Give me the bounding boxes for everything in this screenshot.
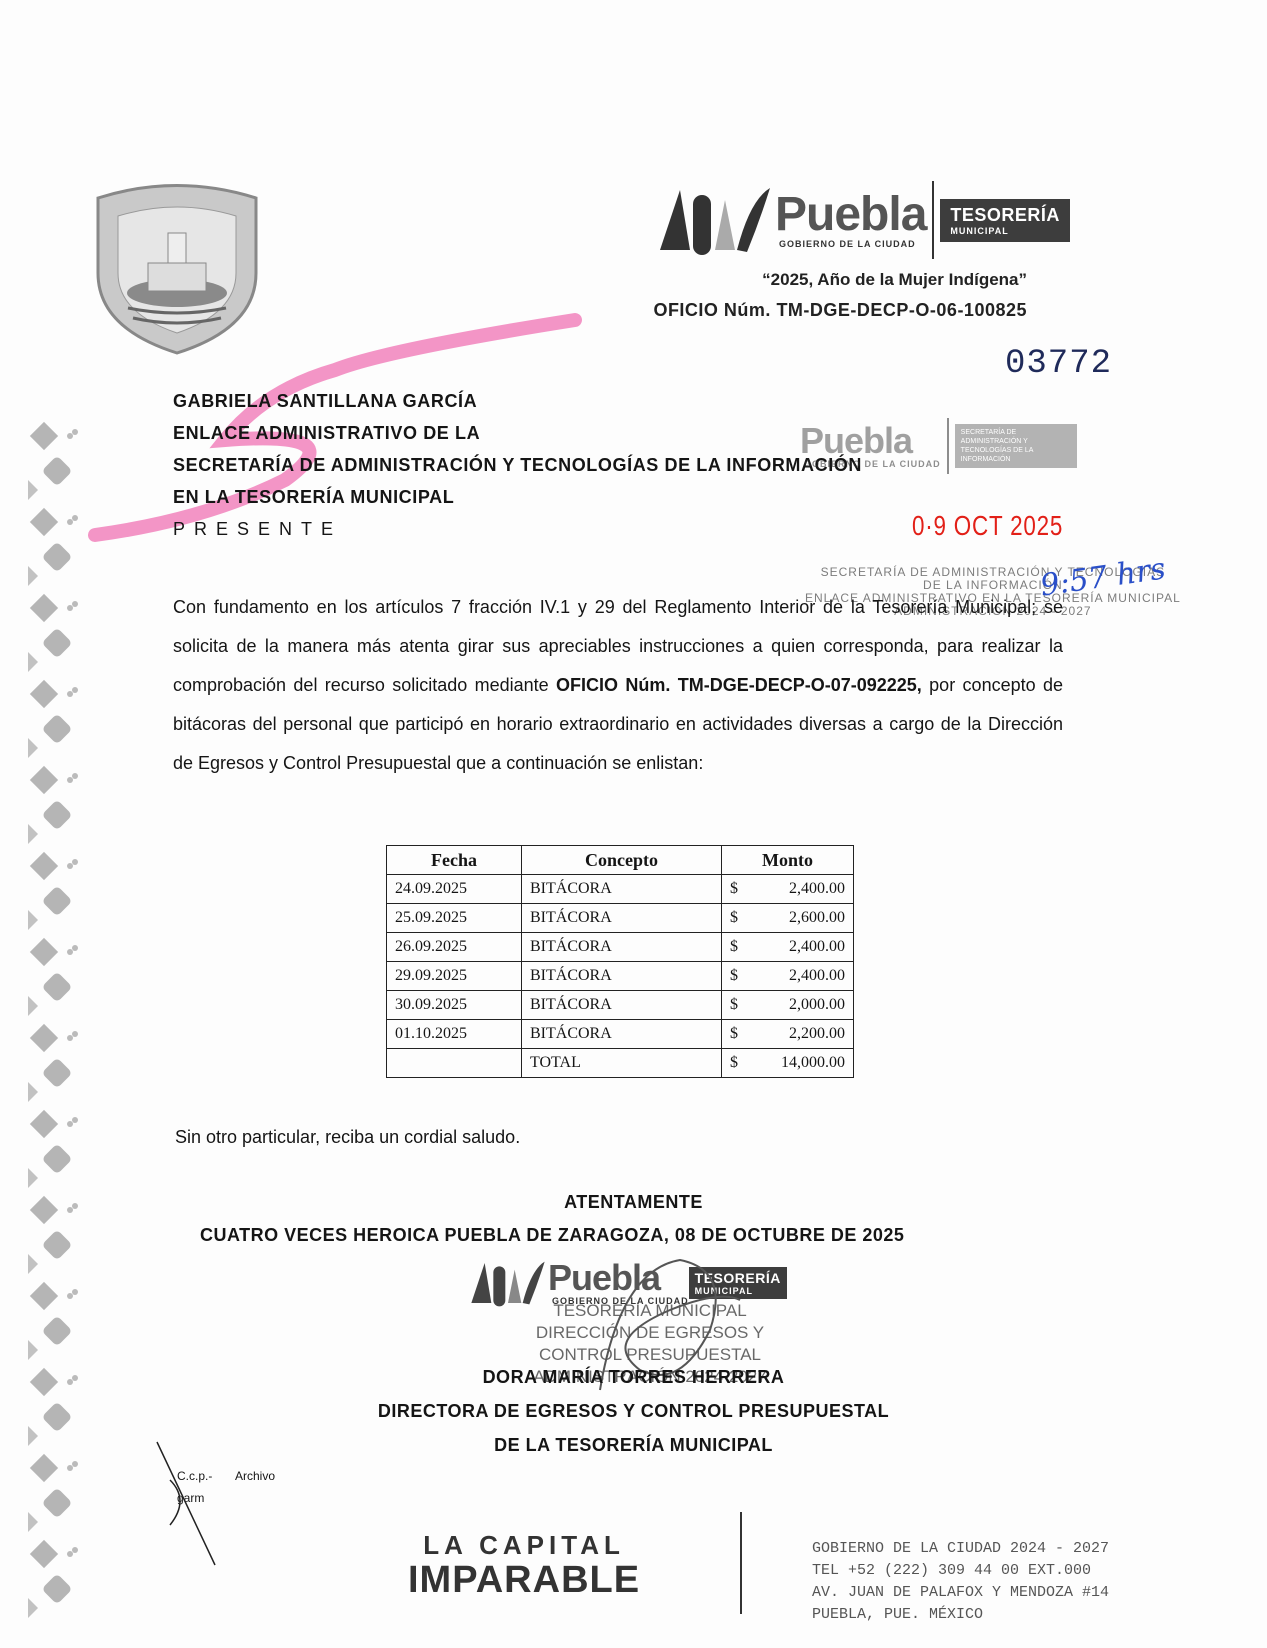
cell-concepto: BITÁCORA — [522, 991, 722, 1020]
footer-divider — [740, 1512, 742, 1614]
signer-name: DORA MARÍA TORRES HERRERA — [0, 1360, 1267, 1394]
cell-fecha: 29.09.2025 — [387, 962, 522, 991]
cell-fecha: 26.09.2025 — [387, 933, 522, 962]
table-row: 25.09.2025 BITÁCORA $2,600.00 — [387, 904, 854, 933]
cell-monto: $2,400.00 — [722, 962, 854, 991]
slogan-line1: LA CAPITAL — [408, 1530, 640, 1561]
cell-fecha: 24.09.2025 — [387, 875, 522, 904]
column-header-monto: Monto — [722, 846, 854, 875]
recipient-department: SECRETARÍA DE ADMINISTRACIÓN Y TECNOLOGÍ… — [173, 449, 862, 481]
footer-slogan-logo: LA CAPITAL IMPARABLE — [408, 1530, 640, 1599]
logo-divider — [932, 181, 934, 259]
closing-greeting: Sin otro particular, reciba un cordial s… — [175, 1127, 520, 1148]
body-paragraph: Con fundamento en los artículos 7 fracci… — [173, 588, 1063, 783]
cell-concepto: BITÁCORA — [522, 1020, 722, 1049]
cell-concepto: BITÁCORA — [522, 875, 722, 904]
cell-fecha: 25.09.2025 — [387, 904, 522, 933]
city-date-line: CUATRO VECES HEROICA PUEBLA DE ZARAGOZA,… — [200, 1225, 904, 1246]
bitacoras-table: Fecha Concepto Monto 24.09.2025 BITÁCORA… — [386, 845, 854, 1078]
column-header-fecha: Fecha — [387, 846, 522, 875]
received-date-stamp: 0·9 OCT 2025 — [912, 510, 1063, 542]
total-label: TOTAL — [522, 1049, 722, 1078]
cell-fecha: 30.09.2025 — [387, 991, 522, 1020]
cell-concepto: BITÁCORA — [522, 962, 722, 991]
oficio-number: OFICIO Núm. TM-DGE-DECP-O-06-100825 — [653, 300, 1027, 321]
puebla-wordmark: Puebla — [775, 191, 926, 239]
slogan-line2: IMPARABLE — [408, 1561, 640, 1599]
year-motto: “2025, Año de la Mujer Indígena” — [762, 270, 1027, 290]
cell-monto: $2,200.00 — [722, 1020, 854, 1049]
tesoreria-badge: TESORERÍA MUNICIPAL — [940, 199, 1070, 242]
column-header-concepto: Concepto — [522, 846, 722, 875]
cell-concepto: BITÁCORA — [522, 933, 722, 962]
recipient-location: EN LA TESORERÍA MUNICIPAL — [173, 481, 862, 513]
total-row: TOTAL $14,000.00 — [387, 1049, 854, 1078]
table-row: 26.09.2025 BITÁCORA $2,400.00 — [387, 933, 854, 962]
cell-concepto: BITÁCORA — [522, 904, 722, 933]
cell-monto: $2,400.00 — [722, 875, 854, 904]
table-row: 01.10.2025 BITÁCORA $2,200.00 — [387, 1020, 854, 1049]
cell-monto: $2,600.00 — [722, 904, 854, 933]
puebla-emblem-icon — [655, 180, 775, 260]
recipient-name: GABRIELA SANTILLANA GARCÍA — [173, 385, 862, 417]
cell-monto: $2,000.00 — [722, 991, 854, 1020]
cc-value: Archivo — [235, 1469, 275, 1483]
logo-subtitle: GOBIERNO DE LA CIUDAD — [779, 239, 926, 249]
folio-stamp: 03772 — [1005, 345, 1112, 383]
presente-label: PRESENTE — [173, 513, 862, 545]
footer-address: GOBIERNO DE LA CIUDAD 2024 - 2027 TEL +5… — [812, 1538, 1109, 1626]
atentamente-label: ATENTAMENTE — [0, 1192, 1267, 1213]
signer-title: DIRECTORA DE EGRESOS Y CONTROL PRESUPUES… — [0, 1394, 1267, 1428]
puebla-tesoreria-logo: Puebla GOBIERNO DE LA CIUDAD TESORERÍA M… — [655, 180, 1070, 260]
table-row: 24.09.2025 BITÁCORA $2,400.00 — [387, 875, 854, 904]
table-row: 30.09.2025 BITÁCORA $2,000.00 — [387, 991, 854, 1020]
recipient-block: GABRIELA SANTILLANA GARCÍA ENLACE ADMINI… — [173, 385, 862, 545]
cell-fecha: 01.10.2025 — [387, 1020, 522, 1049]
table-row: 29.09.2025 BITÁCORA $2,400.00 — [387, 962, 854, 991]
total-amount: 14,000.00 — [781, 1054, 845, 1072]
reception-stamp-logo: Puebla GOBIERNO DE LA CIUDAD SECRETARÍA … — [800, 418, 1077, 474]
stamp-secretaria-box: SECRETARÍA DE ADMINISTRACIÓN Y TECNOLOGÍ… — [955, 424, 1077, 468]
recipient-title: ENLACE ADMINISTRATIVO DE LA — [173, 417, 862, 449]
referenced-oficio: OFICIO Núm. TM-DGE-DECP-O-07-092225, — [556, 675, 922, 695]
cell-monto: $2,400.00 — [722, 933, 854, 962]
initial-scribble — [155, 1440, 225, 1570]
